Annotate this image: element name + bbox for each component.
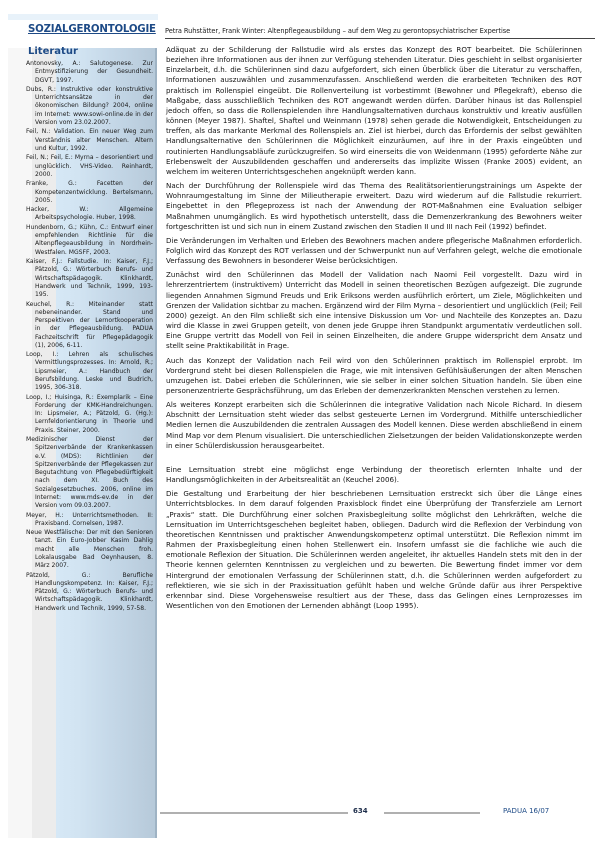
reference-item: Medizinischer Dienst der Spitzenverbände… (26, 436, 153, 510)
footer-rule-right (384, 812, 480, 814)
body-paragraph: Nach der Durchführung der Rollenspiele w… (166, 181, 582, 232)
running-head: Petra Ruhstätter, Frank Winter: Altenpfl… (165, 26, 595, 39)
main-body-text: Adäquat zu der Schilderung der Fallstudi… (166, 45, 582, 615)
references-title: Literatur (28, 46, 78, 57)
reference-item: Kaiser, F.J.: Fallstudie. In: Kaiser, F.… (26, 258, 153, 299)
reference-item: Hacker, W.: Allgemeine Arbeitspsychologi… (26, 206, 153, 223)
body-paragraph: Die Veränderungen im Verhalten und Erleb… (166, 236, 582, 266)
sidebar-divider (155, 48, 157, 838)
reference-item: Feil, N.: Validation. Ein neuer Weg zum … (26, 128, 153, 153)
body-paragraph: Eine Lernsituation strebt eine möglichst… (166, 465, 582, 485)
reference-item: Dubs, R.: Instruktive oder konstruktive … (26, 86, 153, 127)
reference-item: Loop, I.: Lehren als schulisches Vermitt… (26, 351, 153, 392)
page-number: 634 (353, 807, 368, 815)
magazine-issue: PADUA 16/07 (503, 807, 549, 815)
footer-rule-left (160, 812, 348, 814)
body-paragraph: Die Gestaltung und Erarbeitung der hier … (166, 489, 582, 611)
reference-item: Antonovsky, A.: Salutogenese. Zur Entmys… (26, 60, 153, 85)
reference-item: Keuchel, R.: Miteinander statt nebeneina… (26, 301, 153, 351)
reference-item: Neue Westfälische: Der mit den Senioren … (26, 529, 153, 570)
body-paragraph: Zunächst wird den Schülerinnen das Model… (166, 270, 582, 351)
reference-item: Meyer, H.: Unterrichtsmethoden. II: Prax… (26, 512, 153, 529)
body-paragraph: Als weiteres Konzept erarbeiten sich die… (166, 400, 582, 451)
body-paragraph: Auch das Konzept der Validation nach Fei… (166, 356, 582, 397)
reference-item: Feil, N.; Feil, E.: Myrna – desorientier… (26, 154, 153, 179)
reference-item: Loop, I.; Huisinga, R.: Exemplarik – Ein… (26, 394, 153, 435)
reference-item: Hundenborn, G.; Kühn, C.: Entwurf einer … (26, 224, 153, 257)
references-list: Antonovsky, A.: Salutogenese. Zur Entmys… (26, 60, 153, 614)
body-paragraph: Adäquat zu der Schilderung der Fallstudi… (166, 45, 582, 177)
journal-section-logo: SOZIALGERONTOLOGIE (28, 24, 160, 38)
reference-item: Franke, G.: Facetten der Kompetenzentwic… (26, 180, 153, 205)
header-band (8, 14, 158, 20)
reference-item: Pätzold, G.: Berufliche Handlungskompete… (26, 572, 153, 613)
